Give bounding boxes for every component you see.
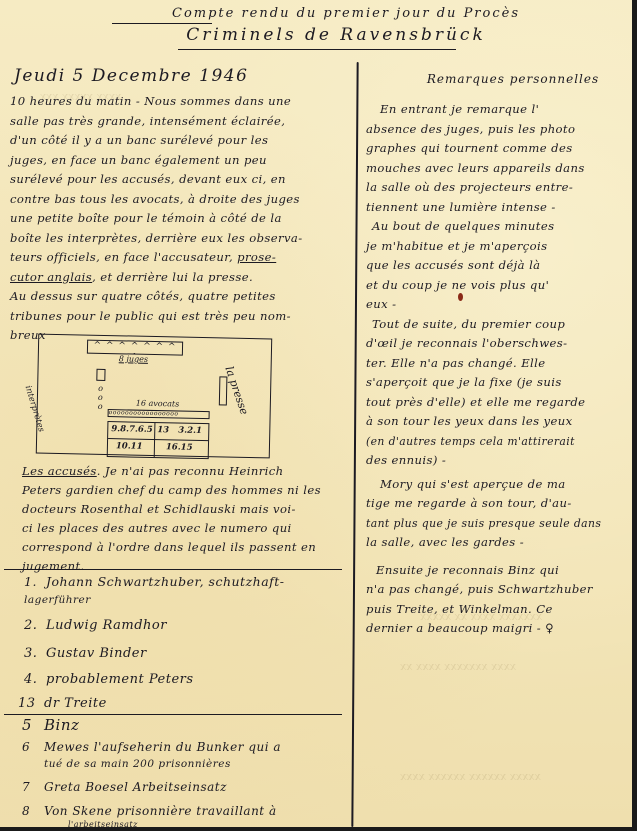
judges-bench: ^ ^ ^ ^ ^ ^ ^ ^: [87, 340, 183, 356]
right-column: Remarques personnelles En entrant je rem…: [366, 66, 628, 639]
list-separator-top: [4, 569, 342, 570]
item-number: 2.: [24, 618, 46, 633]
underlined-text: cutor anglais: [10, 270, 92, 284]
accused-item-2: 2.Ludwig Ramdhor: [24, 618, 167, 633]
accused-name: probablement Peters: [46, 672, 194, 687]
dock-seats-bottom-right: 16.15: [166, 442, 193, 453]
courtroom-diagram: ^ ^ ^ ^ ^ ^ ^ ^ 8 juges interprètes o o …: [36, 334, 272, 459]
accused-name: Gustav Binder: [46, 646, 147, 661]
accused-item-8: 8Von Skene prisonnière travaillant à: [22, 804, 277, 818]
text-line: Au bout de quelques minutes: [366, 217, 628, 237]
text-line: n'a pas changé, puis Schwartzhuber: [366, 580, 628, 600]
text-line: tribunes pour le public qui est très peu…: [10, 307, 350, 327]
remark-paragraph-2: Au bout de quelques minutes je m'habitue…: [366, 217, 628, 315]
text-line: tout près d'elle) et elle me regarde: [366, 393, 628, 413]
text-line: juges, en face un banc également un peu: [10, 151, 350, 171]
text-line: docteurs Rosenthal et Schidlauski mais v…: [22, 500, 352, 519]
interpreters-label: interprètes: [23, 384, 46, 433]
text-line: dernier a beaucoup maigri - ♀: [366, 619, 628, 639]
paragraph-courtroom-description: 10 heures du matin - Nous sommes dans un…: [10, 92, 350, 346]
text-line: je m'habitue et je m'aperçois: [366, 237, 628, 257]
accused-name: Mewes l'aufseherin du Bunker qui a: [44, 740, 281, 754]
dock-seats-top-left: 9.8.7.6.5: [111, 424, 153, 435]
left-column: Jeudi 5 Decembre 1946 10 heures du matin…: [10, 66, 350, 346]
accused-role: , schutzhaft-: [200, 574, 285, 589]
accused-name: Ludwig Ramdhor: [46, 618, 167, 633]
paragraph-accused: Les accusés. Je n'ai pas reconnu Heinric…: [22, 462, 352, 576]
personal-remarks-heading: Remarques personnelles: [398, 72, 628, 86]
remark-paragraph-1: En entrant je remarque l' absence des ju…: [366, 100, 628, 217]
dock-seats-top-mid: 13: [157, 425, 169, 435]
accused-item-4: 4.probablement Peters: [24, 672, 194, 687]
title-underline-2: [178, 49, 456, 50]
text-line: tige me regarde à son tour, d'au-: [366, 494, 628, 514]
text-line: En entrant je remarque l': [366, 100, 628, 120]
text-line: et du coup je ne vois plus qu': [366, 276, 628, 296]
text-line: Les accusés. Je n'ai pas reconnu Heinric…: [22, 462, 352, 481]
dock-seats-top-right: 3.2.1: [178, 426, 202, 436]
text-fragment: . Je n'ai pas reconnu Heinrich: [97, 464, 284, 478]
text-line: Tout de suite, du premier coup: [366, 315, 628, 335]
remark-paragraph-4: Mory qui s'est aperçue de ma tige me reg…: [366, 475, 628, 553]
text-fragment: Tout de suite, du premier coup: [372, 317, 565, 331]
text-line: d'un côté il y a un banc surélevé pour l…: [10, 131, 350, 151]
interpreter-seats: o o o: [98, 384, 107, 411]
text-line: teurs officiels, en face l'accusateur, p…: [10, 248, 350, 268]
dock-seats-bottom-left: 10.11: [116, 441, 143, 452]
accused-item-1: 1.Johann Schwartzhuber, schutzhaft-: [24, 574, 285, 589]
text-line: absence des juges, puis les photo: [366, 120, 628, 140]
text-line: s'aperçoit que je la fixe (je suis: [366, 373, 628, 393]
item-number: 3.: [24, 646, 46, 661]
accused-item-7: 7Greta Boesel Arbeitseinsatz: [22, 780, 227, 794]
item-number: 8: [22, 804, 44, 818]
manuscript-page: xxxx xxxxx xxx xxxxxxx xxxx xx xxxxx xxx…: [0, 0, 632, 827]
text-fragment: En entrant je remarque l': [380, 102, 539, 116]
text-fragment: Au bout de quelques minutes: [372, 219, 554, 233]
accused-name: Von Skene prisonnière travaillant à: [44, 804, 277, 818]
red-ink-mark: [458, 293, 463, 301]
text-fragment: teurs officiels, en face l'accusateur,: [10, 250, 233, 264]
text-line: graphes qui tournent comme des: [366, 139, 628, 159]
remark-paragraph-5: Ensuite je reconnais Binz qui n'a pas ch…: [366, 561, 628, 639]
text-line: des ennuis) -: [366, 451, 628, 471]
accused-heading: Les accusés: [22, 464, 97, 478]
text-line: ter. Elle n'a pas changé. Elle: [366, 354, 628, 374]
text-line: correspond à l'ordre dans lequel ils pas…: [22, 538, 352, 557]
accused-name: Greta Boesel Arbeitseinsatz: [44, 780, 227, 794]
item-number: 7: [22, 780, 44, 794]
text-line: d'œil je reconnais l'oberschwes-: [366, 334, 628, 354]
accused-item-13: 13dr Treite: [18, 696, 107, 711]
bleed-through-text: xxxxx xxxxxx xxxxxx xxxx: [400, 770, 541, 783]
item-number: 4.: [24, 672, 46, 687]
accused-item-8-note: l'arbeitseinsatz: [68, 820, 138, 827]
text-fragment: , et derrière lui la presse.: [92, 270, 253, 284]
item-number: 13: [18, 696, 44, 711]
accused-item-1-role-cont: lagerführer: [24, 594, 91, 606]
remark-paragraph-3: Tout de suite, du premier coup d'œil je …: [366, 315, 628, 471]
text-line: (en d'autres temps cela m'attirerait: [366, 432, 628, 452]
text-line: eux -: [366, 295, 628, 315]
item-number: 6: [22, 740, 44, 754]
text-fragment: Ensuite je reconnais Binz qui: [376, 563, 559, 577]
text-line: tant plus que je suis presque seule dans: [366, 514, 628, 534]
bleed-through-text: xxxx xxxxxxx xxxx xx: [400, 660, 516, 673]
text-line: que les accusés sont déjà là: [366, 256, 628, 276]
text-line: Au dessus sur quatre côtés, quatre petit…: [10, 287, 350, 307]
text-line: boîte les interprètes, derrière eux les …: [10, 229, 350, 249]
accused-item-6-note: tué de sa main 200 prisonnières: [44, 758, 231, 770]
text-line: salle pas très grande, intensément éclai…: [10, 112, 350, 132]
text-line: cutor anglais, et derrière lui la presse…: [10, 268, 350, 288]
text-line: Peters gardien chef du camp des hommes n…: [22, 481, 352, 500]
item-number: 1.: [24, 574, 46, 589]
item-number: 5: [22, 716, 44, 734]
text-fragment: Mory qui s'est aperçue de ma: [380, 477, 566, 491]
accused-item-3: 3.Gustav Binder: [24, 646, 147, 661]
title-line-2: Criminels de Ravensbrück: [20, 25, 632, 45]
accused-name: Johann Schwartzhuber: [46, 574, 200, 589]
judges-label: 8 juges: [119, 354, 148, 364]
text-line: à son tour les yeux dans les yeux: [366, 412, 628, 432]
column-divider: [351, 62, 358, 827]
text-line: une petite boîte pour le témoin à côté d…: [10, 209, 350, 229]
witness-box: [96, 369, 105, 381]
text-line: Mory qui s'est aperçue de ma: [366, 475, 628, 495]
lawyers-bench: ooooooooooooooooo: [108, 409, 210, 419]
text-line: mouches avec leurs appareils dans: [366, 159, 628, 179]
text-line: ci les places des autres avec le numero …: [22, 519, 352, 538]
accused-name: Binz: [44, 716, 79, 734]
accused-name: dr Treite: [44, 696, 107, 711]
text-line: la salle, avec les gardes -: [366, 533, 628, 553]
text-line: la salle où des projecteurs entre-: [366, 178, 628, 198]
text-line: puis Treite, et Winkelman. Ce: [366, 600, 628, 620]
underlined-text: prose-: [237, 250, 276, 264]
accused-item-5: 5Binz: [22, 716, 79, 734]
text-line: 10 heures du matin - Nous sommes dans un…: [10, 92, 350, 112]
text-line: Ensuite je reconnais Binz qui: [366, 561, 628, 581]
text-line: surélevé pour les accusés, devant eux ci…: [10, 170, 350, 190]
text-line: tiennent une lumière intense -: [366, 198, 628, 218]
accused-item-6: 6Mewes l'aufseherin du Bunker qui a: [22, 740, 281, 754]
defendants-dock: 9.8.7.6.5 13 3.2.1 10.11 16.15: [107, 421, 210, 459]
text-line: contre bas tous les avocats, à droite de…: [10, 190, 350, 210]
title-line-1: Compte rendu du premier jour du Procès: [30, 6, 632, 21]
lawyers-label: 16 avocats: [136, 399, 180, 409]
entry-date: Jeudi 5 Decembre 1946: [14, 66, 350, 92]
